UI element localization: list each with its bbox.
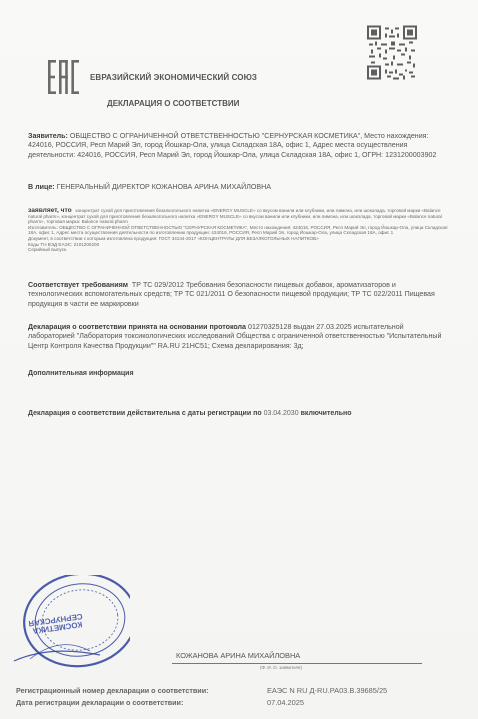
validity-line: Декларация о соответствии действительна … [28,410,468,417]
signatory-caption: (Ф. И. О. заявителя) [260,665,302,670]
company-seal-stamp: СЕРНУРСКАЯ КОСМЕТИКА [10,575,130,670]
signature-line [172,663,422,664]
represented-by-label: В лице: [28,183,55,191]
applicant-label: Заявитель: [28,132,68,140]
declaration-page: ЕВРАЗИЙСКИЙ ЭКОНОМИЧЕСКИЙ СОЮЗ ДЕКЛАРАЦИ… [0,0,478,719]
manufacturer-text: Изготовитель: ОБЩЕСТВО С ОГРАНИЧЕННОЙ ОТ… [28,225,447,236]
production-type: Серийный выпуск. [28,247,67,252]
applicant-text: ОБЩЕСТВО С ОГРАНИЧЕННОЙ ОТВЕТСТВЕННОСТЬЮ… [28,132,436,159]
additional-info-heading: Дополнительная информация [28,370,134,377]
declares-block: заявляет, что концентрат сухой для приго… [28,208,448,253]
validity-date: 03.04.2030 [264,410,299,417]
applicant-block: Заявитель: ОБЩЕСТВО С ОГРАНИЧЕННОЙ ОТВЕТ… [28,132,448,160]
document-title: ДЕКЛАРАЦИЯ О СООТВЕТСТВИИ [107,99,239,108]
product-description: концентрат сухой для приготовления безал… [28,208,442,224]
registration-date-value: 07.04.2025 [267,698,304,707]
eac-logo-icon [48,60,79,94]
qr-code-icon [367,25,417,80]
hs-code-text: Коды ТН ВЭД ЕАЭС: 2101200200 [28,242,99,247]
complies-label: Соответствует требованиям [28,281,128,289]
union-name: ЕВРАЗИЙСКИЙ ЭКОНОМИЧЕСКИЙ СОЮЗ [90,73,257,82]
represented-by-text: ГЕНЕРАЛЬНЫЙ ДИРЕКТОР КОЖАНОВА АРИНА МИХА… [57,183,271,191]
validity-label: Декларация о соответствии действительна … [28,410,262,417]
standard-text: Документ, в соответствии с которым изгот… [28,236,319,241]
represented-by-block: В лице: ГЕНЕРАЛЬНЫЙ ДИРЕКТОР КОЖАНОВА АР… [28,183,448,192]
signatory-name: КОЖАНОВА АРИНА МИХАЙЛОВНА [176,651,300,660]
complies-block: Соответствует требованиям ТР ТС 029/2012… [28,281,448,309]
registration-date-label: Дата регистрации декларации о соответств… [16,698,183,707]
registration-number-value: ЕАЭС N RU Д-RU.РА03.В.39685/25 [267,686,387,695]
basis-label: Декларация о соответствии принята на осн… [28,323,246,331]
validity-suffix: включительно [301,410,352,417]
registration-number-label: Регистрационный номер декларации о соотв… [16,686,209,695]
basis-block: Декларация о соответствии принята на осн… [28,323,448,351]
